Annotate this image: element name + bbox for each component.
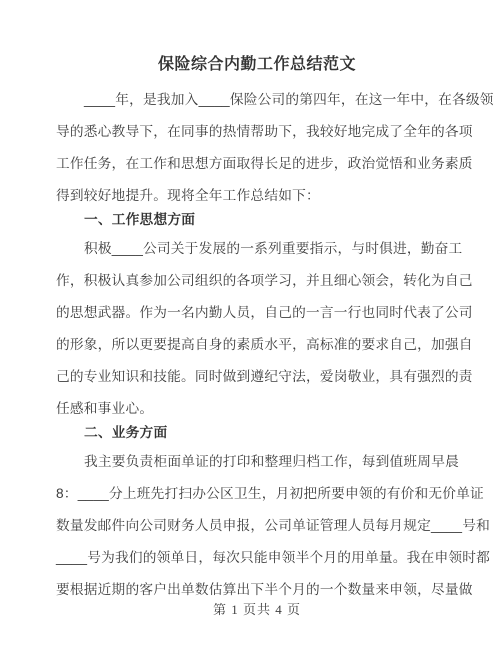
document-page: 保险综合内勤工作总结范文 ____年，是我加入____保险公司的第四年，在这一年… — [0, 0, 500, 647]
document-title: 保险综合内勤工作总结范文 — [56, 52, 458, 78]
paragraph-line: 己的专业知识和技能。同时做到遵纪守法，爱岗敬业，具有强烈的责 — [56, 361, 458, 393]
paragraph-line: 数量发邮件向公司财务人员申报，公司单证管理人员每月规定____号和 — [56, 510, 458, 542]
paragraph-line: ____号为我们的领单日，每次只能申领半个月的用单量。我在申领时都 — [56, 542, 458, 574]
section-heading: 二、业务方面 — [56, 419, 458, 446]
paragraph-line: 8：____分上班先打扫办公区卫生，月初把所要申领的有价和无价单证 — [56, 478, 458, 510]
paragraph-line: 的形象，所以更要提高自身的素质水平，高标准的要求自己，加强自 — [56, 329, 458, 361]
document-body: ____年，是我加入____保险公司的第四年，在这一年中，在各级领导的悉心教导下… — [56, 84, 458, 606]
paragraph-line: 工作任务，在工作和思想方面取得长足的进步，政治觉悟和业务素质 — [56, 148, 458, 180]
paragraph-line: 作，积极认真参加公司组织的各项学习，并且细心领会，转化为自己 — [56, 265, 458, 297]
document-content: 保险综合内勤工作总结范文 ____年，是我加入____保险公司的第四年，在这一年… — [56, 0, 458, 620]
paragraph-line: 我主要负责柜面单证的打印和整理归档工作，每到值班周早晨 — [56, 446, 458, 478]
paragraph-line: 的思想武器。作为一名内勤人员，自己的一言一行也同时代表了公司 — [56, 297, 458, 329]
paragraph-line: 导的悉心教导下，在同事的热情帮助下，我较好地完成了全年的各项 — [56, 116, 458, 148]
paragraph-line: ____年，是我加入____保险公司的第四年，在这一年中，在各级领 — [56, 84, 458, 116]
paragraph-line: 积极____公司关于发展的一系列重要指示，与时俱进，勤奋工 — [56, 233, 458, 265]
